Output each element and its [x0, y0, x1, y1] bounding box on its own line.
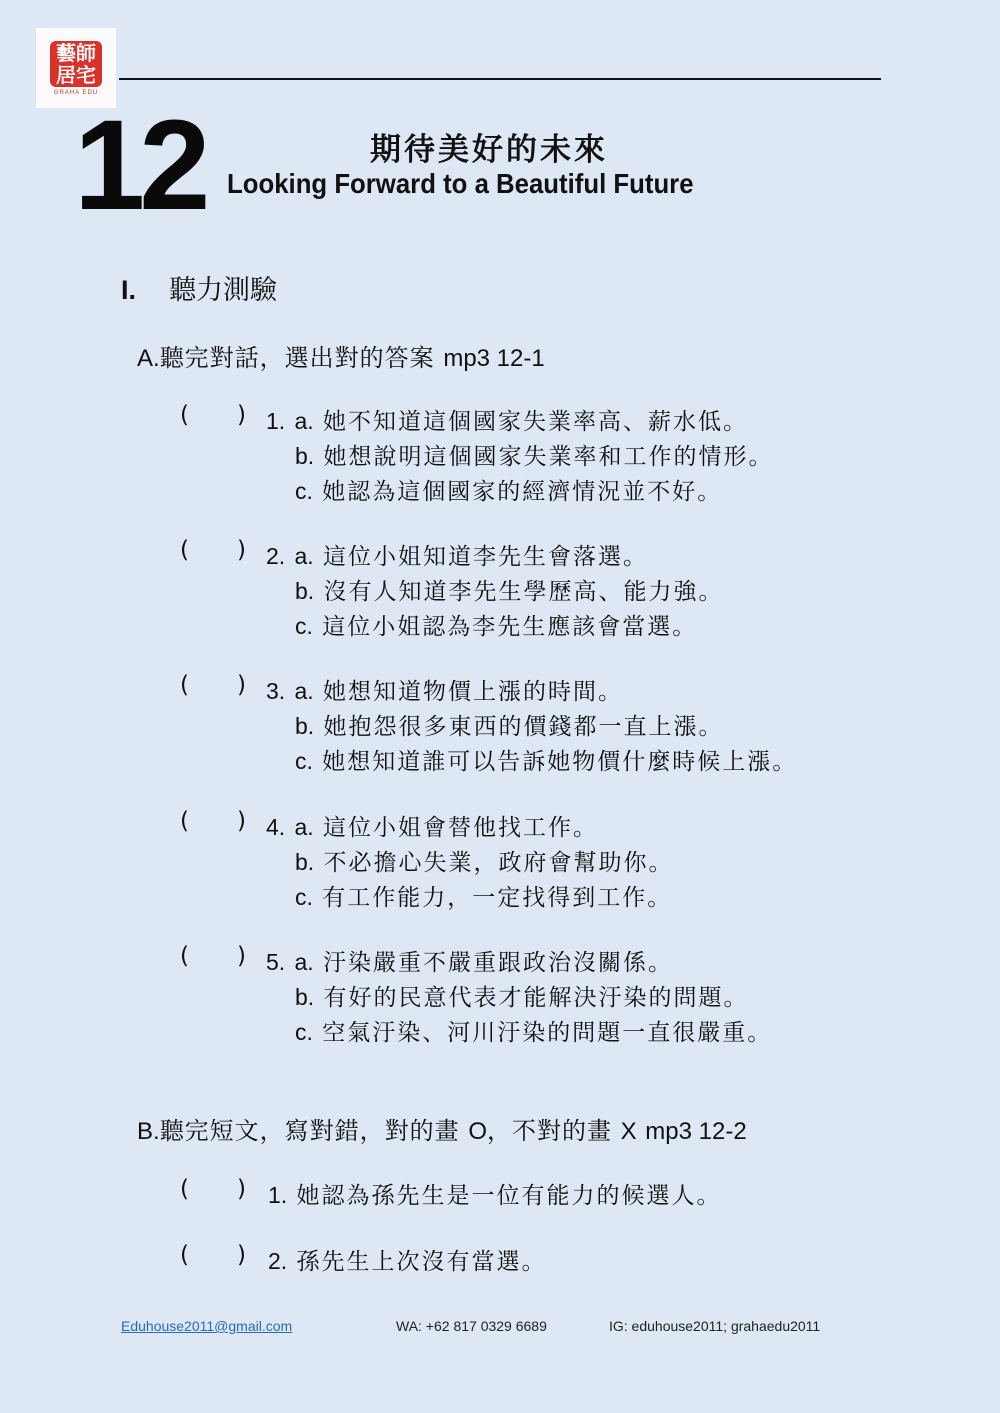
part-a-audio: mp3 12-1: [443, 345, 544, 372]
answer-blank-a3[interactable]: (): [180, 672, 246, 698]
answer-blank-a1[interactable]: (): [180, 402, 246, 428]
option-text: 這位小姐認為李先生應該會當選。: [322, 614, 697, 640]
answer-blank-a2[interactable]: (): [180, 537, 246, 563]
option-text: 空氣汙染、河川汙染的問題一直很嚴重。: [322, 1020, 772, 1046]
part-b-question-1: 1. 她認為孫先生是一位有能力的候選人。: [268, 1177, 722, 1210]
email-link[interactable]: Eduhouse2011@gmail.com: [121, 1318, 292, 1334]
question-number: 3.: [266, 678, 285, 704]
section-title: 聽力測驗: [169, 275, 277, 306]
option-text: 這位小姐會替他找工作。: [323, 815, 598, 841]
question-3-option-c: c. 她想知道誰可以告訴她物價什麼時候上漲。: [295, 743, 797, 776]
option-letter: a.: [295, 949, 314, 975]
question-1-option-b: b. 她想說明這個國家失業率和工作的情形。: [295, 438, 774, 471]
footer-whatsapp: WA: +62 817 0329 6689: [396, 1318, 547, 1334]
question-5-option-b: b. 有好的民意代表才能解決汙染的問題。: [295, 979, 749, 1012]
question-4-option-c: c. 有工作能力，一定找得到工作。: [295, 879, 672, 912]
option-text: 汙染嚴重不嚴重跟政治沒關係。: [323, 950, 673, 976]
option-letter: c.: [295, 884, 313, 910]
option-text: 這位小姐知道李先生會落選。: [323, 544, 648, 570]
logo-seal-icon: 藝師居宅: [50, 41, 102, 87]
header-rule: [119, 78, 881, 80]
question-number: 2.: [266, 543, 285, 569]
chapter-title-en: Looking Forward to a Beautiful Future: [227, 168, 694, 200]
option-letter: b.: [295, 984, 314, 1010]
question-number: 1.: [266, 408, 285, 434]
option-text: 有好的民意代表才能解決汙染的問題。: [324, 985, 749, 1011]
part-b-question-2: 2. 孫先生上次沒有當選。: [268, 1243, 547, 1276]
question-2-option-b: b. 沒有人知道李先生學歷高、能力強。: [295, 573, 724, 606]
answer-blank-a5[interactable]: (): [180, 943, 246, 969]
option-letter: b.: [295, 849, 314, 875]
question-5-option-a: 5. a. 汙染嚴重不嚴重跟政治沒關係。: [266, 944, 673, 977]
chapter-title-zh: 期待美好的未來: [370, 124, 608, 169]
question-1-option-c: c. 她認為這個國家的經濟情況並不好。: [295, 473, 722, 506]
part-a-label: A.: [137, 345, 160, 372]
option-text: 沒有人知道李先生學歷高、能力強。: [324, 579, 724, 605]
part-b-heading: B.聽完短文，寫對錯，對的畫 O，不對的畫 X mp3 12-2: [137, 1111, 747, 1146]
question-5-option-c: c. 空氣汙染、河川汙染的問題一直很嚴重。: [295, 1014, 772, 1047]
question-4-option-b: b. 不必擔心失業，政府會幫助你。: [295, 844, 674, 877]
option-letter: c.: [295, 1019, 313, 1045]
option-letter: a.: [295, 678, 314, 704]
option-letter: a.: [295, 543, 314, 569]
option-letter: b.: [295, 713, 314, 739]
mark-o: O: [468, 1118, 487, 1145]
question-2-option-c: c. 這位小姐認為李先生應該會當選。: [295, 608, 697, 641]
option-text: 她想知道誰可以告訴她物價什麼時候上漲。: [322, 749, 797, 775]
part-b-instruction-2: ，不對的畫: [487, 1117, 612, 1145]
answer-blank-b2[interactable]: (): [180, 1242, 246, 1268]
part-a-heading: A.聽完對話，選出對的答案 mp3 12-1: [137, 338, 545, 373]
option-text: 她不知道這個國家失業率高、薪水低。: [323, 409, 748, 435]
section-heading: I.聽力測驗: [121, 268, 277, 307]
footer-instagram: IG: eduhouse2011; grahaedu2011: [609, 1318, 820, 1334]
option-text: 她認為這個國家的經濟情況並不好。: [322, 479, 722, 505]
mark-x: X: [621, 1118, 637, 1145]
chapter-number: 12: [74, 102, 204, 230]
question-number: 5.: [266, 949, 285, 975]
part-a-instruction: 聽完對話，選出對的答案: [160, 344, 435, 372]
option-letter: b.: [295, 578, 314, 604]
section-numeral: I.: [121, 275, 169, 306]
part-b-label: B.: [137, 1118, 160, 1145]
answer-blank-b1[interactable]: (): [180, 1176, 246, 1202]
option-letter: b.: [295, 443, 314, 469]
option-letter: c.: [295, 478, 313, 504]
question-number: 4.: [266, 814, 285, 840]
footer-email[interactable]: Eduhouse2011@gmail.com: [121, 1318, 292, 1334]
question-3-option-a: 3. a. 她想知道物價上漲的時間。: [266, 673, 623, 706]
option-letter: c.: [295, 748, 313, 774]
option-text: 有工作能力，一定找得到工作。: [322, 885, 672, 911]
option-letter: a.: [295, 408, 314, 434]
option-text: 她想說明這個國家失業率和工作的情形。: [324, 444, 774, 470]
option-letter: a.: [295, 814, 314, 840]
answer-blank-a4[interactable]: (): [180, 808, 246, 834]
option-letter: c.: [295, 613, 313, 639]
option-text: 她想知道物價上漲的時間。: [323, 679, 623, 705]
question-3-option-b: b. 她抱怨很多東西的價錢都一直上漲。: [295, 708, 724, 741]
question-1-option-a: 1. a. 她不知道這個國家失業率高、薪水低。: [266, 403, 748, 436]
part-b-audio: mp3 12-2: [645, 1118, 746, 1145]
question-2-option-a: 2. a. 這位小姐知道李先生會落選。: [266, 538, 648, 571]
question-4-option-a: 4. a. 這位小姐會替他找工作。: [266, 809, 598, 842]
option-text: 她抱怨很多東西的價錢都一直上漲。: [324, 714, 724, 740]
option-text: 不必擔心失業，政府會幫助你。: [324, 850, 674, 876]
part-b-instruction-1: 聽完短文，寫對錯，對的畫: [160, 1117, 460, 1145]
